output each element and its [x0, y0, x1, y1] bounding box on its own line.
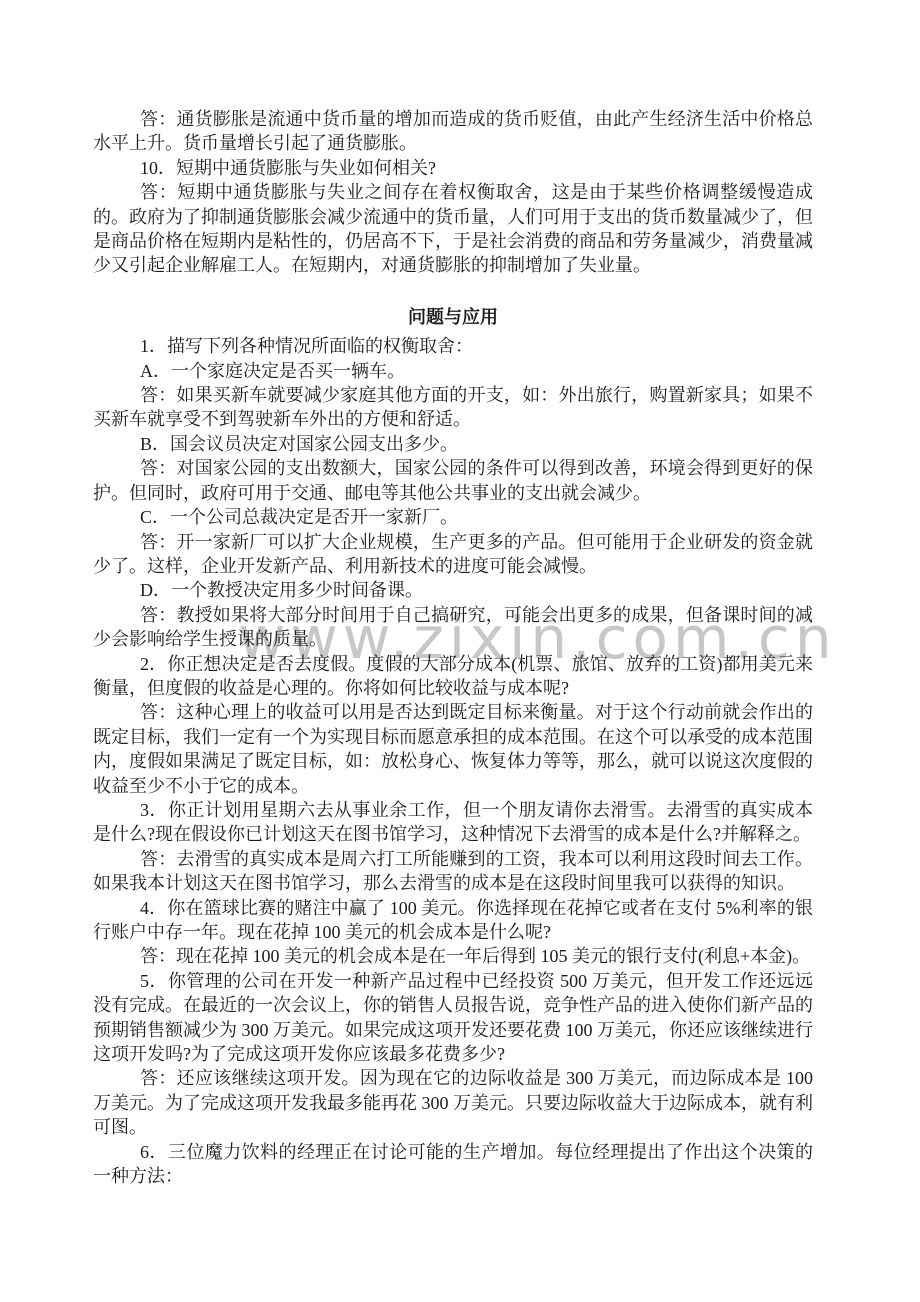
- answer-paragraph-q10: 答：短期中通货膨胀与失业之间存在着权衡取舍，这是由于某些价格调整缓慢造成的。政府…: [93, 180, 813, 278]
- section-heading: 问题与应用: [93, 305, 813, 329]
- document-page: www.zixin.com.cn 答：通货膨胀是流通中货币量的增加而造成的货币贬…: [0, 0, 920, 1302]
- answer-a: 答：如果买新车就要减少家庭其他方面的开支，如：外出旅行，购置新家具；如果不买新车…: [93, 383, 813, 432]
- answer-3: 答：去滑雪的真实成本是周六打工所能赚到的工资，我本可以利用这段时间去工作。如果我…: [93, 847, 813, 896]
- question-6: 6．三位魔力饮料的经理正在讨论可能的生产增加。每位经理提出了作出这个决策的一种方…: [93, 1140, 813, 1189]
- question-10: 10．短期中通货膨胀与失业如何相关?: [93, 156, 813, 180]
- question-4: 4．你在篮球比赛的赌注中赢了 100 美元。你选择现在花掉它或者在支付 5%利率…: [93, 896, 813, 945]
- answer-c: 答：开一家新厂可以扩大企业规模，生产更多的产品。但可能用于企业研发的资金就少了。…: [93, 530, 813, 579]
- answer-d: 答：教授如果将大部分时间用于自己搞研究，可能会出更多的成果，但备课时间的减少会影…: [93, 603, 813, 652]
- question-2: 2．你正想决定是否去度假。度假的大部分成本(机票、旅馆、放弃的工资)都用美元来衡…: [93, 652, 813, 701]
- option-d: D．一个教授决定用多少时间备课。: [93, 578, 813, 602]
- answer-5: 答：还应该继续这项开发。因为现在它的边际收益是 300 万美元，而边际成本是 1…: [93, 1066, 813, 1139]
- answer-4: 答：现在花掉 100 美元的机会成本是在一年后得到 105 美元的银行支付(利息…: [93, 944, 813, 968]
- option-a: A．一个家庭决定是否买一辆车。: [93, 359, 813, 383]
- option-c: C．一个公司总裁决定是否开一家新厂。: [93, 505, 813, 529]
- answer-2: 答：这种心理上的收益可以用是否达到既定目标来衡量。对于这个行动前就会作出的既定目…: [93, 700, 813, 798]
- question-1: 1．描写下列各种情况所面临的权衡取舍：: [93, 334, 813, 358]
- option-b: B．国会议员决定对国家公园支出多少。: [93, 432, 813, 456]
- question-3: 3．你正计划用星期六去从事业余工作，但一个朋友请你去滑雪。去滑雪的真实成本是什么…: [93, 798, 813, 847]
- answer-b: 答：对国家公园的支出数额大，国家公园的条件可以得到改善，环境会得到更好的保护。但…: [93, 456, 813, 505]
- question-5: 5．你管理的公司在开发一种新产品过程中已经投资 500 万美元，但开发工作还远远…: [93, 969, 813, 1067]
- answer-paragraph-q9: 答：通货膨胀是流通中货币量的增加而造成的货币贬值，由此产生经济生活中价格总水平上…: [93, 107, 813, 156]
- document-content: 答：通货膨胀是流通中货币量的增加而造成的货币贬值，由此产生经济生活中价格总水平上…: [93, 107, 813, 1188]
